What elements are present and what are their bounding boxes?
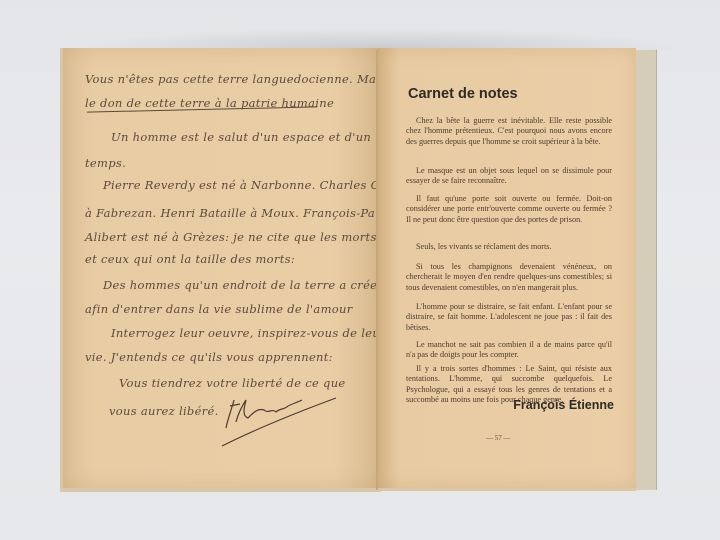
book-shadow	[70, 28, 690, 50]
page-number: — 57 —	[486, 434, 511, 442]
handwritten-line: Vous n'êtes pas cette terre languedocien…	[85, 72, 375, 86]
handwritten-line: Interrogez leur oeuvre, inspirez-vous de…	[111, 326, 401, 340]
handwritten-line: vie. J'entends ce qu'ils vous apprennent…	[85, 350, 375, 364]
left-page: Vous n'êtes pas cette terre languedocien…	[60, 48, 381, 492]
author-name: François Étienne	[513, 398, 614, 412]
handwritten-line: Un homme est le salut d'un espace et d'u…	[111, 130, 401, 144]
page-title: Carnet de notes	[408, 86, 518, 102]
paragraph: Le masque est un objet sous lequel on se…	[406, 166, 612, 187]
paragraph: Il faut qu'une porte soit ouverte ou fer…	[406, 194, 612, 225]
paragraph: Seuls, les vivants se réclament des mort…	[406, 242, 612, 252]
paragraph: Si tous les champignons devenaient vénén…	[406, 262, 612, 293]
handwritten-line: à Fabrezan. Henri Bataille à Moux. Franç…	[85, 206, 375, 220]
handwritten-line: temps.	[85, 156, 375, 170]
handwritten-line: et ceux qui ont la taille des morts:	[85, 252, 375, 266]
paragraph: Le manchot ne sait pas combien il a de m…	[406, 340, 612, 361]
handwritten-line: Des hommes qu'un endroit de la terre a c…	[103, 278, 393, 292]
paragraph: L'homme pour se distraire, se fait enfan…	[406, 302, 612, 333]
right-page: Carnet de notes Chez la bête la guerre e…	[378, 48, 636, 491]
handwritten-line: Alibert est né à Grèzes: je ne cite que …	[85, 230, 375, 244]
paragraph: Chez la bête la guerre est inévitable. E…	[406, 116, 612, 147]
signature	[218, 388, 338, 448]
handwritten-line: afin d'entrer dans la vie sublime de l'a…	[85, 302, 375, 316]
handwritten-line: Pierre Reverdy est né à Narbonne. Charle…	[103, 178, 393, 192]
